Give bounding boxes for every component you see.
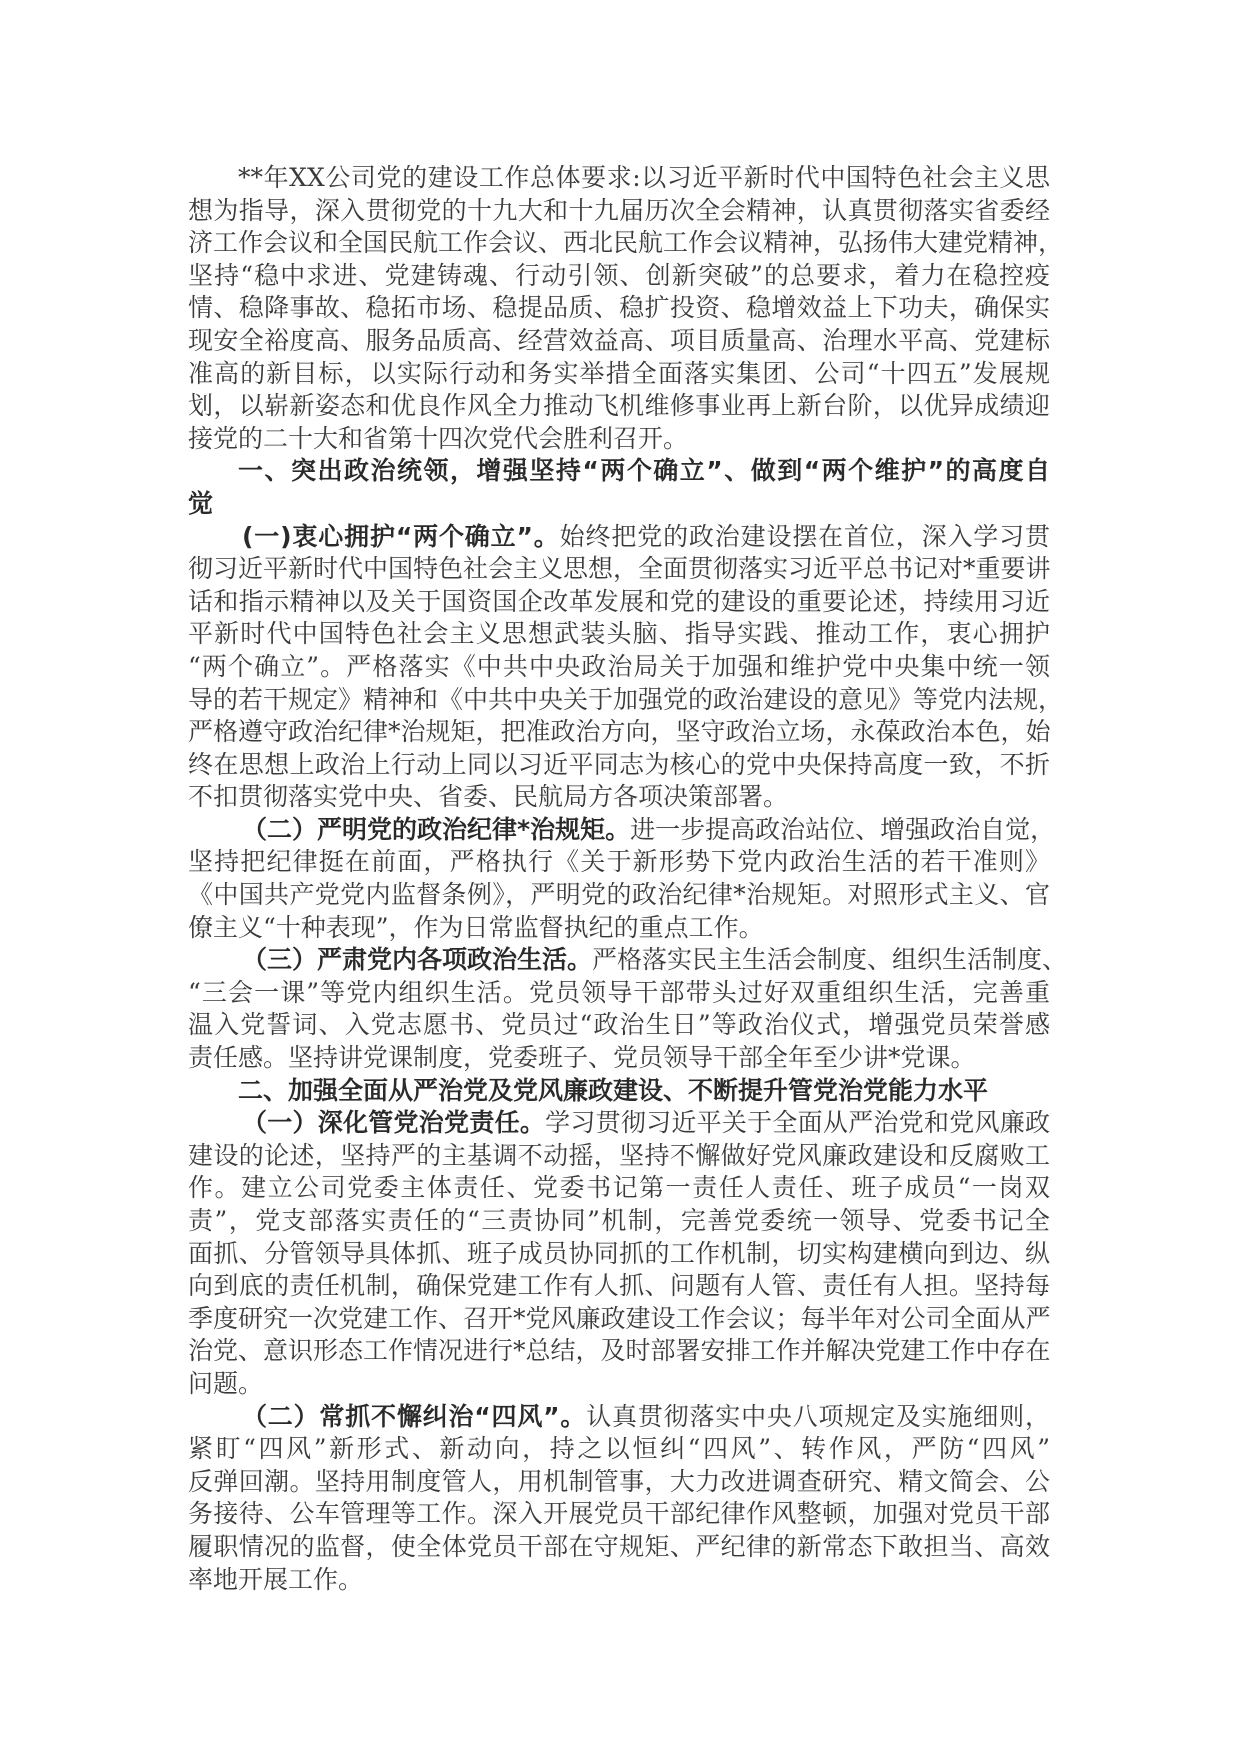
text-line: 责”，党支部落实责任的“三责协同”机制，完善党委统一领导、党委书记全 xyxy=(188,1205,1050,1238)
text-line: “三会一课”等党内组织生活。党员领导干部带头过好双重组织生活，完善重 xyxy=(188,977,1050,1010)
text-line: 坚持把纪律挺在前面，严格执行《关于新形势下党内政治生活的若干准则》 xyxy=(188,846,1050,879)
text-line: 不扣贯彻落实党中央、省委、民航局方各项决策部署。 xyxy=(188,781,1050,814)
document-page: **年XX公司党的建设工作总体要求:以习近平新时代中国特色社会主义思 想为指导，… xyxy=(0,0,1240,1754)
text-line: 率地开展工作。 xyxy=(188,1564,1050,1597)
text-line: 导的若干规定》精神和《中共中央关于加强党的政治建设的意见》等党内法规， xyxy=(188,684,1050,717)
text-line: “两个确立”。严格落实《中共中央政治局关于加强和维护党中央集中统一领 xyxy=(188,651,1050,684)
subsection-first-line: （一）深化管党治党责任。学习贯彻习近平关于全面从严治党和党风廉政 xyxy=(188,1107,1050,1140)
subsection-1-2: （二）严明党的政治纪律*治规矩。进一步提高政治站位、增强政治自觉， 坚持把纪律挺… xyxy=(188,814,1050,944)
text-line: 话和指示精神以及关于国资国企改革发展和党的建设的重要论述，持续用习近 xyxy=(188,586,1050,619)
text-line: 坚持“稳中求进、党建铸魂、行动引领、创新突破”的总要求，着力在稳控疫 xyxy=(188,260,1050,293)
text-line: 问题。 xyxy=(188,1368,1050,1401)
text-line: 反弹回潮。坚持用制度管人，用机制管事，大力改进调查研究、精文简会、公 xyxy=(188,1466,1050,1499)
text-line: 建设的论述，坚持严的主基调不动摇，坚持不懈做好党风廉政建设和反腐败工 xyxy=(188,1140,1050,1173)
text-line: 情、稳降事故、稳拓市场、稳提品质、稳扩投资、稳增效益上下功夫，确保实 xyxy=(188,292,1050,325)
text-line: 作。建立公司党委主体责任、党委书记第一责任人责任、班子成员“一岗双 xyxy=(188,1172,1050,1205)
text-line: **年XX公司党的建设工作总体要求:以习近平新时代中国特色社会主义思 xyxy=(188,162,1050,195)
subsection-text: 认真贯彻落实中央八项规定及实施细则， xyxy=(586,1402,1050,1431)
section-heading-2: 二、加强全面从严治党及党风廉政建设、不断提升管党治党能力水平 xyxy=(188,1075,1050,1108)
subsection-title: （三）严肃党内各项政治生活。 xyxy=(242,945,592,974)
text-line: 履职情况的监督，使全体党员干部在守规矩、严纪律的新常态下敢担当、高效 xyxy=(188,1531,1050,1564)
subsection-2-1: （一）深化管党治党责任。学习贯彻习近平关于全面从严治党和党风廉政 建设的论述，坚… xyxy=(188,1107,1050,1400)
subsection-text: 始终把党的政治建设摆在首位，深入学习贯 xyxy=(560,522,1050,551)
text-line: 现安全裕度高、服务品质高、经营效益高、项目质量高、治理水平高、党建标 xyxy=(188,325,1050,358)
document-body: **年XX公司党的建设工作总体要求:以习近平新时代中国特色社会主义思 想为指导，… xyxy=(188,162,1050,1596)
text-line: 面抓、分管领导具体抓、班子成员协同抓的工作机制，切实构建横向到边、纵 xyxy=(188,1238,1050,1271)
text-line: 准高的新目标，以实际行动和务实举措全面落实集团、公司“十四五”发展规 xyxy=(188,358,1050,391)
text-line: 温入党誓词、入党志愿书、党员过“政治生日”等政治仪式，增强党员荣誉感 xyxy=(188,1009,1050,1042)
text-line: 务接待、公车管理等工作。深入开展党员干部纪律作风整顿，加强对党员干部 xyxy=(188,1498,1050,1531)
subsection-text: 学习贯彻习近平关于全面从严治党和党风廉政 xyxy=(545,1108,1050,1137)
text-line: 彻习近平新时代中国特色社会主义思想，全面贯彻落实习近平总书记对*重要讲 xyxy=(188,553,1050,586)
text-line: 严格遵守政治纪律*治规矩，把准政治方向，坚守政治立场，永葆政治本色，始 xyxy=(188,716,1050,749)
text-line: 想为指导，深入贯彻党的十九大和十九届历次全会精神，认真贯彻落实省委经 xyxy=(188,195,1050,228)
heading-line: 一、突出政治统领，增强坚持“两个确立”、做到“两个维护”的高度自 xyxy=(188,455,1050,488)
subsection-title: （二）常抓不懈纠治“四风”。 xyxy=(242,1402,586,1431)
subsection-title: （一）深化管党治党责任。 xyxy=(242,1108,545,1137)
text-line: 终在思想上政治上行动上同以习近平同志为核心的党中央保持高度一致，不折 xyxy=(188,749,1050,782)
text-line: 紧盯“四风”新形式、新动向，持之以恒纠“四风”、转作风，严防“四风” xyxy=(188,1433,1050,1466)
intro-paragraph: **年XX公司党的建设工作总体要求:以习近平新时代中国特色社会主义思 想为指导，… xyxy=(188,162,1050,455)
text-line: 责任感。坚持讲党课制度，党委班子、党员领导干部全年至少讲*党课。 xyxy=(188,1042,1050,1075)
subsection-first-line: （二）常抓不懈纠治“四风”。认真贯彻落实中央八项规定及实施细则， xyxy=(188,1401,1050,1434)
text-line: 季度研究一次党建工作、召开*党风廉政建设工作会议；每半年对公司全面从严 xyxy=(188,1303,1050,1336)
text-line: 僚主义“十种表现”，作为日常监督执纪的重点工作。 xyxy=(188,912,1050,945)
subsection-title: （二）严明党的政治纪律*治规矩。 xyxy=(242,815,630,844)
subsection-first-line: （三）严肃党内各项政治生活。严格落实民主生活会制度、组织生活制度、 xyxy=(188,944,1050,977)
text-line: 济工作会议和全国民航工作会议、西北民航工作会议精神，弘扬伟大建党精神， xyxy=(188,227,1050,260)
text-line: 治党、意识形态工作情况进行*总结，及时部署安排工作并解决党建工作中存在 xyxy=(188,1335,1050,1368)
text-line: 平新时代中国特色社会主义思想武装头脑、指导实践、推动工作，衷心拥护 xyxy=(188,618,1050,651)
text-line: 《中国共产党党内监督条例》，严明党的政治纪律*治规矩。对照形式主义、官 xyxy=(188,879,1050,912)
text-line: 划，以崭新姿态和优良作风全力推动飞机维修事业再上新台阶，以优异成绩迎 xyxy=(188,390,1050,423)
section-heading-1: 一、突出政治统领，增强坚持“两个确立”、做到“两个维护”的高度自 觉 xyxy=(188,455,1050,520)
text-line: 接党的二十大和省第十四次党代会胜利召开。 xyxy=(188,423,1050,456)
subsection-title: (一)衷心拥护“两个确立”。 xyxy=(242,522,560,551)
text-line: 向到底的责任机制，确保党建工作有人抓、问题有人管、责任有人担。坚持每 xyxy=(188,1270,1050,1303)
subsection-first-line: （二）严明党的政治纪律*治规矩。进一步提高政治站位、增强政治自觉， xyxy=(188,814,1050,847)
subsection-1-3: （三）严肃党内各项政治生活。严格落实民主生活会制度、组织生活制度、 “三会一课”… xyxy=(188,944,1050,1074)
subsection-first-line: (一)衷心拥护“两个确立”。始终把党的政治建设摆在首位，深入学习贯 xyxy=(188,521,1050,554)
heading-line: 二、加强全面从严治党及党风廉政建设、不断提升管党治党能力水平 xyxy=(188,1075,1050,1108)
subsection-2-2: （二）常抓不懈纠治“四风”。认真贯彻落实中央八项规定及实施细则， 紧盯“四风”新… xyxy=(188,1401,1050,1597)
subsection-text: 严格落实民主生活会制度、组织生活制度、 xyxy=(592,945,1067,974)
subsection-1-1: (一)衷心拥护“两个确立”。始终把党的政治建设摆在首位，深入学习贯 彻习近平新时… xyxy=(188,521,1050,814)
subsection-text: 进一步提高政治站位、增强政治自觉， xyxy=(630,815,1055,844)
heading-line: 觉 xyxy=(188,488,1050,521)
